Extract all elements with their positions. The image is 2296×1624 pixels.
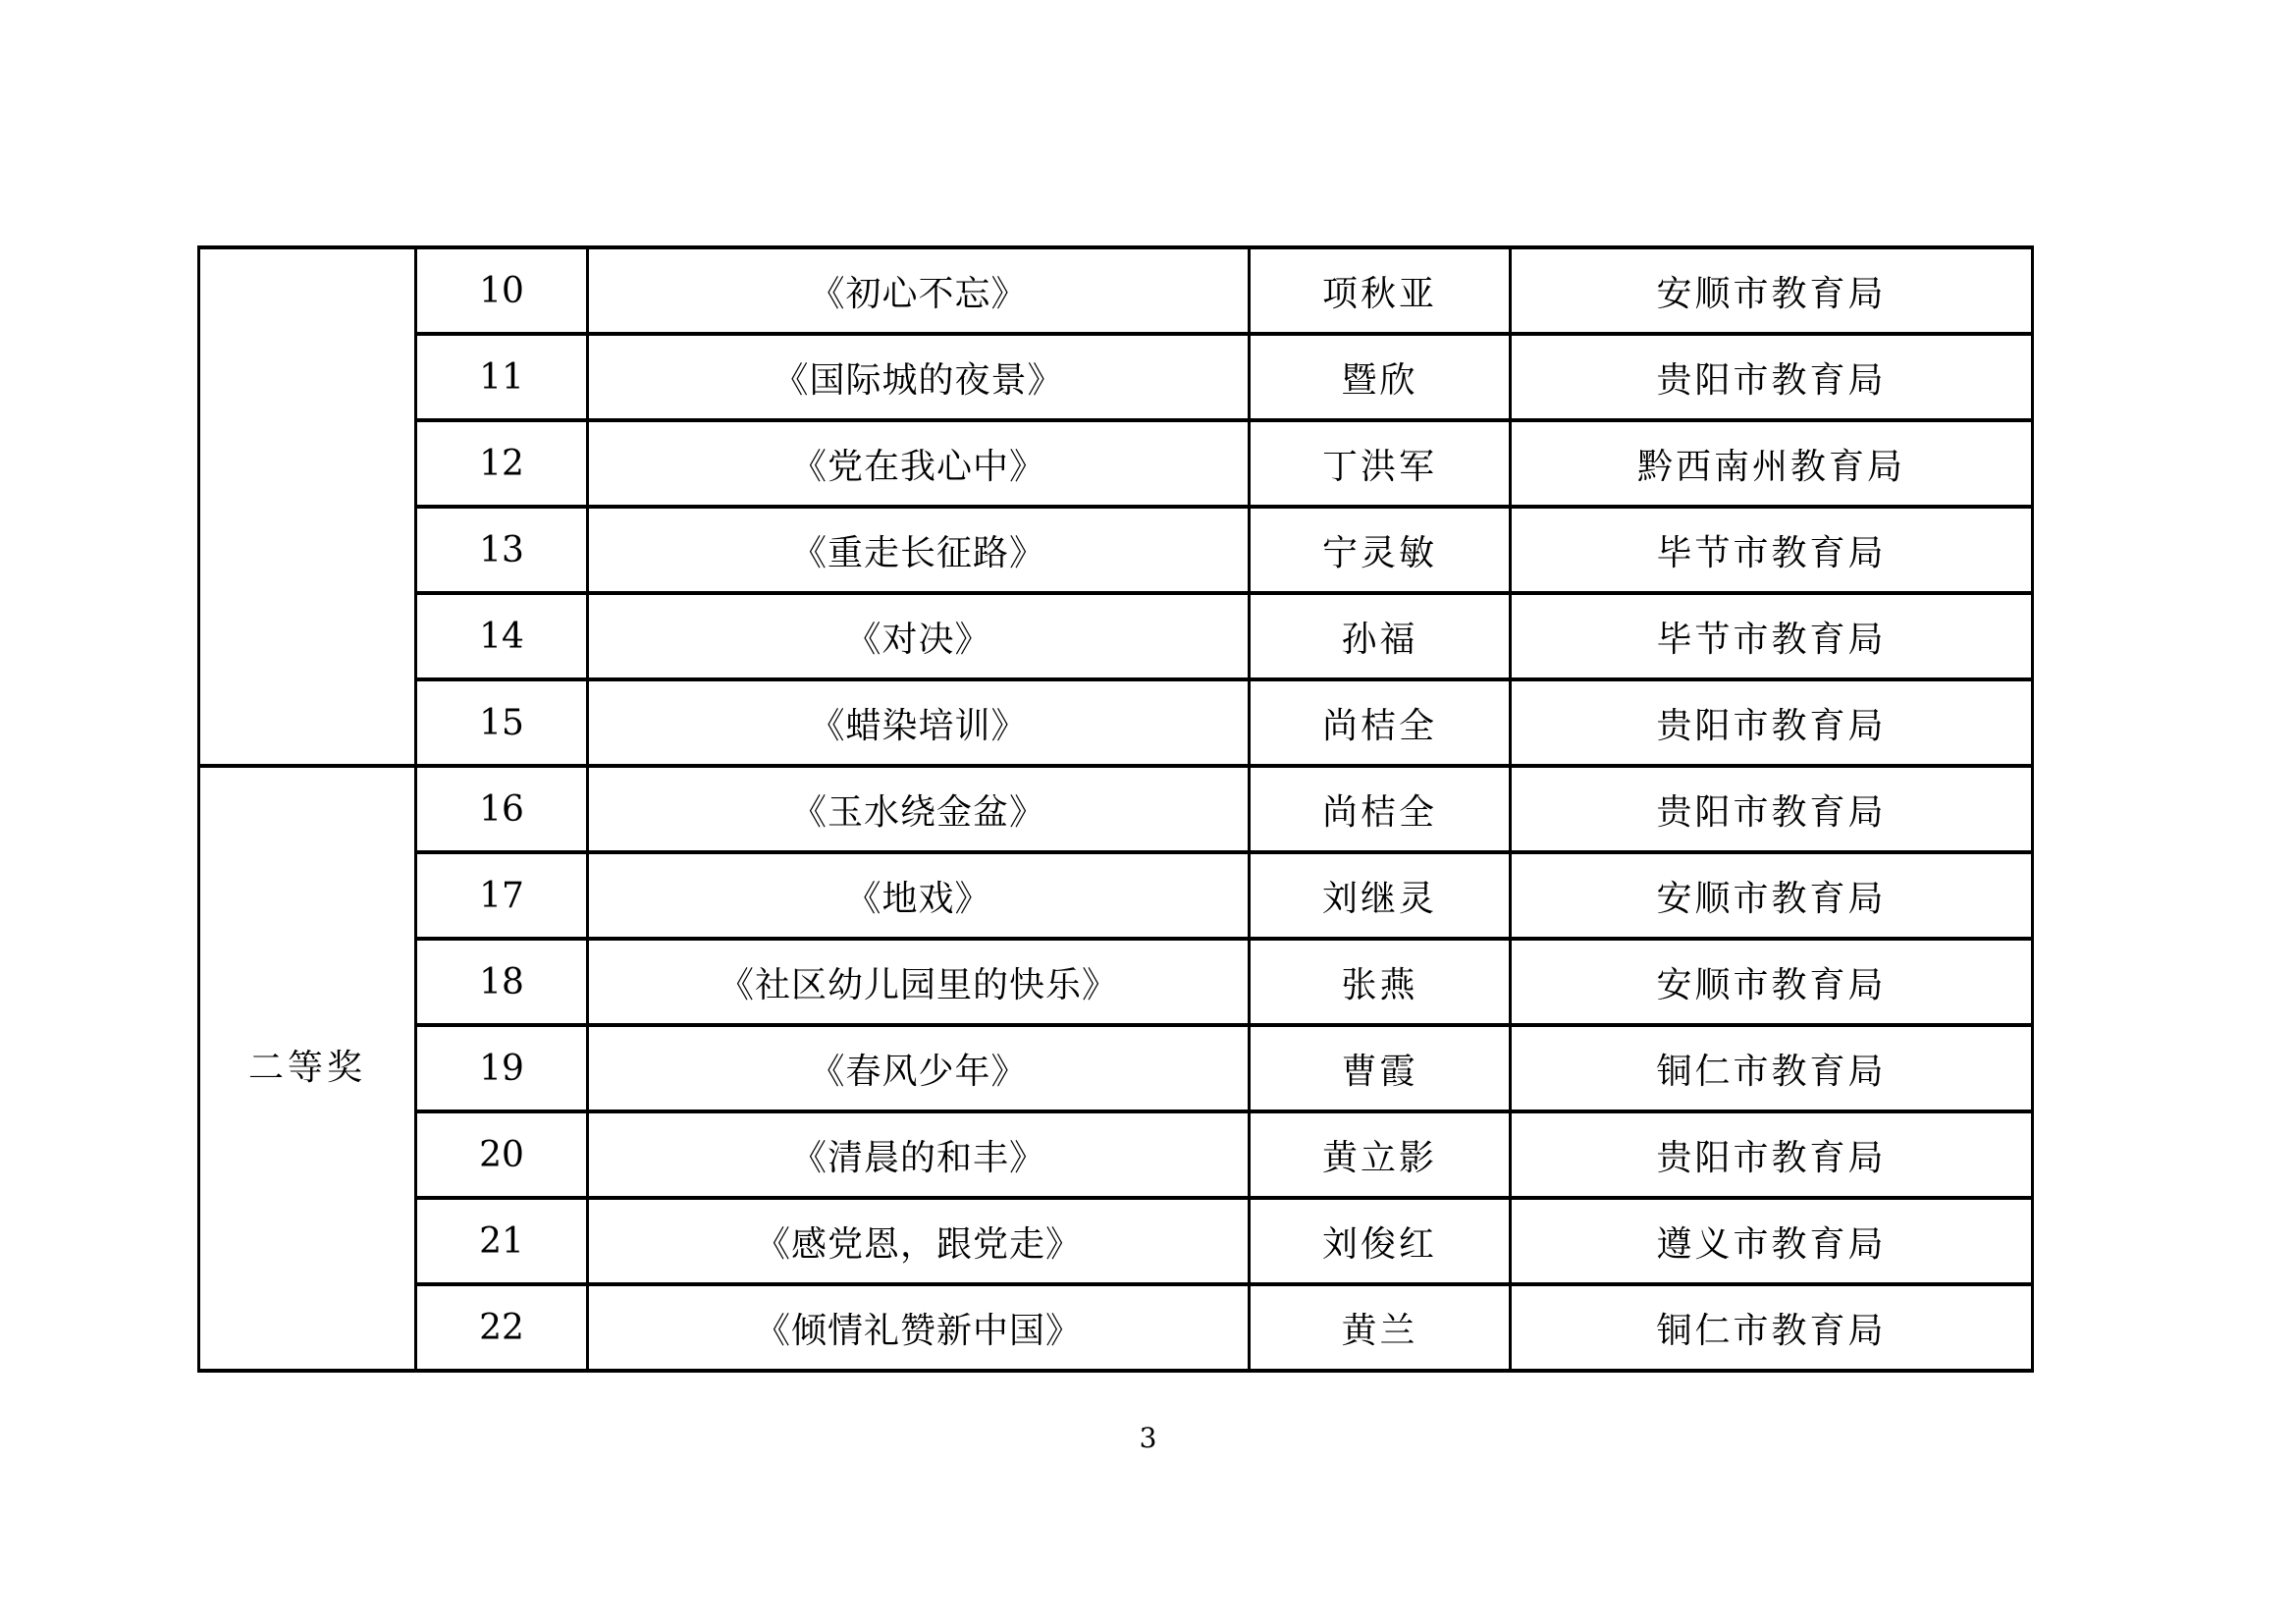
author-cell: 黄立影	[1250, 1111, 1511, 1198]
org-cell: 贵阳市教育局	[1511, 679, 2033, 766]
no-cell: 22	[416, 1284, 588, 1371]
title-cell: 《蜡染培训》	[588, 679, 1250, 766]
author-cell: 张燕	[1250, 939, 1511, 1025]
table-row: 22 《倾情礼赞新中国》 黄兰 铜仁市教育局	[199, 1284, 2033, 1371]
author-cell: 宁灵敏	[1250, 507, 1511, 593]
org-cell: 毕节市教育局	[1511, 507, 2033, 593]
org-cell: 黔西南州教育局	[1511, 420, 2033, 507]
no-cell: 10	[416, 247, 588, 334]
awards-table: 10 《初心不忘》 项秋亚 安顺市教育局 11 《国际城的夜景》 暨欣 贵阳市教…	[197, 245, 2034, 1373]
table-row: 18 《社区幼儿园里的快乐》 张燕 安顺市教育局	[199, 939, 2033, 1025]
org-cell: 铜仁市教育局	[1511, 1284, 2033, 1371]
document-page: 10 《初心不忘》 项秋亚 安顺市教育局 11 《国际城的夜景》 暨欣 贵阳市教…	[0, 0, 2296, 1624]
org-cell: 铜仁市教育局	[1511, 1025, 2033, 1111]
org-cell: 遵义市教育局	[1511, 1198, 2033, 1284]
title-cell: 《对决》	[588, 593, 1250, 679]
title-cell: 《清晨的和丰》	[588, 1111, 1250, 1198]
no-cell: 13	[416, 507, 588, 593]
no-cell: 11	[416, 334, 588, 420]
no-cell: 16	[416, 766, 588, 852]
table-row: 二等奖 16 《玉水绕金盆》 尚桔全 贵阳市教育局	[199, 766, 2033, 852]
author-cell: 项秋亚	[1250, 247, 1511, 334]
org-cell: 贵阳市教育局	[1511, 334, 2033, 420]
award-label: 二等奖	[200, 1027, 414, 1110]
org-cell: 毕节市教育局	[1511, 593, 2033, 679]
title-cell: 《玉水绕金盆》	[588, 766, 1250, 852]
no-cell: 19	[416, 1025, 588, 1111]
table-row: 15 《蜡染培训》 尚桔全 贵阳市教育局	[199, 679, 2033, 766]
table-row: 20 《清晨的和丰》 黄立影 贵阳市教育局	[199, 1111, 2033, 1198]
table-row: 10 《初心不忘》 项秋亚 安顺市教育局	[199, 247, 2033, 334]
table-row: 14 《对决》 孙福 毕节市教育局	[199, 593, 2033, 679]
no-cell: 18	[416, 939, 588, 1025]
title-cell: 《倾情礼赞新中国》	[588, 1284, 1250, 1371]
no-cell: 12	[416, 420, 588, 507]
author-cell: 孙福	[1250, 593, 1511, 679]
author-cell: 丁洪军	[1250, 420, 1511, 507]
title-cell: 《初心不忘》	[588, 247, 1250, 334]
author-cell: 刘俊红	[1250, 1198, 1511, 1284]
author-cell: 黄兰	[1250, 1284, 1511, 1371]
title-cell: 《重走长征路》	[588, 507, 1250, 593]
no-cell: 17	[416, 852, 588, 939]
table-row: 13 《重走长征路》 宁灵敏 毕节市教育局	[199, 507, 2033, 593]
org-cell: 贵阳市教育局	[1511, 1111, 2033, 1198]
no-cell: 20	[416, 1111, 588, 1198]
title-cell: 《国际城的夜景》	[588, 334, 1250, 420]
author-cell: 尚桔全	[1250, 679, 1511, 766]
table-row: 12 《党在我心中》 丁洪军 黔西南州教育局	[199, 420, 2033, 507]
page-number: 3	[0, 1422, 2296, 1454]
org-cell: 贵阳市教育局	[1511, 766, 2033, 852]
award-label	[200, 465, 414, 548]
table-row: 21 《感党恩，跟党走》 刘俊红 遵义市教育局	[199, 1198, 2033, 1284]
title-cell: 《感党恩，跟党走》	[588, 1198, 1250, 1284]
title-cell: 《地戏》	[588, 852, 1250, 939]
org-cell: 安顺市教育局	[1511, 247, 2033, 334]
table-row: 19 《春风少年》 曹霞 铜仁市教育局	[199, 1025, 2033, 1111]
no-cell: 21	[416, 1198, 588, 1284]
no-cell: 15	[416, 679, 588, 766]
award-group-cell	[199, 247, 416, 766]
title-cell: 《社区幼儿园里的快乐》	[588, 939, 1250, 1025]
author-cell: 暨欣	[1250, 334, 1511, 420]
title-cell: 《春风少年》	[588, 1025, 1250, 1111]
org-cell: 安顺市教育局	[1511, 939, 2033, 1025]
award-group-cell: 二等奖	[199, 766, 416, 1371]
no-cell: 14	[416, 593, 588, 679]
org-cell: 安顺市教育局	[1511, 852, 2033, 939]
table-row: 17 《地戏》 刘继灵 安顺市教育局	[199, 852, 2033, 939]
table-row: 11 《国际城的夜景》 暨欣 贵阳市教育局	[199, 334, 2033, 420]
author-cell: 刘继灵	[1250, 852, 1511, 939]
title-cell: 《党在我心中》	[588, 420, 1250, 507]
author-cell: 尚桔全	[1250, 766, 1511, 852]
author-cell: 曹霞	[1250, 1025, 1511, 1111]
